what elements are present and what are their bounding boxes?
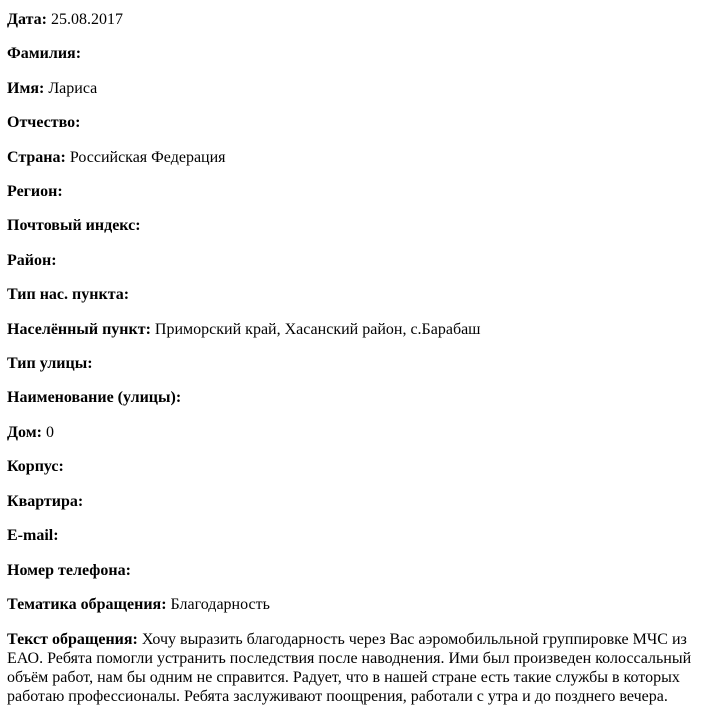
- field-label: Почтовый индекс:: [7, 217, 141, 234]
- field-topic: Тематика обращения: Благодарность: [7, 596, 697, 614]
- field-surname: Фамилия:: [7, 45, 697, 63]
- field-value: Благодарность: [171, 596, 270, 613]
- field-value: 25.08.2017: [51, 11, 123, 28]
- field-label: Фамилия:: [7, 45, 81, 62]
- field-label: E-mail:: [7, 527, 59, 544]
- field-settlement-type: Тип нас. пункта:: [7, 286, 697, 304]
- field-house: Дом: 0: [7, 424, 697, 442]
- field-value: Приморский край, Хасанский район, с.Бара…: [155, 321, 481, 338]
- field-label: Регион:: [7, 183, 63, 200]
- field-label: Текст обращения:: [7, 631, 138, 648]
- field-patronymic: Отчество:: [7, 114, 697, 132]
- field-district: Район:: [7, 252, 697, 270]
- field-label: Тип нас. пункта:: [7, 286, 129, 303]
- field-label: Имя:: [7, 80, 44, 97]
- field-label: Отчество:: [7, 114, 80, 131]
- field-label: Район:: [7, 252, 57, 269]
- field-street-type: Тип улицы:: [7, 355, 697, 373]
- field-label: Номер телефона:: [7, 562, 131, 579]
- field-value: Российская Федерация: [70, 149, 226, 166]
- field-label: Корпус:: [7, 458, 64, 475]
- field-label: Дата:: [7, 11, 47, 28]
- appeal-document: Дата: 25.08.2017 Фамилия: Имя: Лариса От…: [0, 0, 697, 706]
- field-postal-code: Почтовый индекс:: [7, 217, 697, 235]
- field-settlement: Населённый пункт: Приморский край, Хасан…: [7, 321, 697, 339]
- field-country: Страна: Российская Федерация: [7, 149, 697, 167]
- field-label: Квартира:: [7, 493, 83, 510]
- field-first-name: Имя: Лариса: [7, 80, 697, 98]
- field-label: Тип улицы:: [7, 355, 93, 372]
- field-region: Регион:: [7, 183, 697, 201]
- field-street-name: Наименование (улицы):: [7, 389, 697, 407]
- field-label: Страна:: [7, 149, 66, 166]
- field-email: E-mail:: [7, 527, 697, 545]
- field-message: Текст обращения: Хочу выразить благодарн…: [7, 630, 697, 706]
- field-apartment: Квартира:: [7, 493, 697, 511]
- field-label: Населённый пункт:: [7, 321, 151, 338]
- field-building: Корпус:: [7, 458, 697, 476]
- field-label: Дом:: [7, 424, 42, 441]
- field-value: 0: [46, 424, 54, 441]
- field-label: Тематика обращения:: [7, 596, 167, 613]
- field-phone: Номер телефона:: [7, 562, 697, 580]
- field-label: Наименование (улицы):: [7, 389, 181, 406]
- field-value: Лариса: [48, 80, 97, 97]
- field-date: Дата: 25.08.2017: [7, 11, 697, 29]
